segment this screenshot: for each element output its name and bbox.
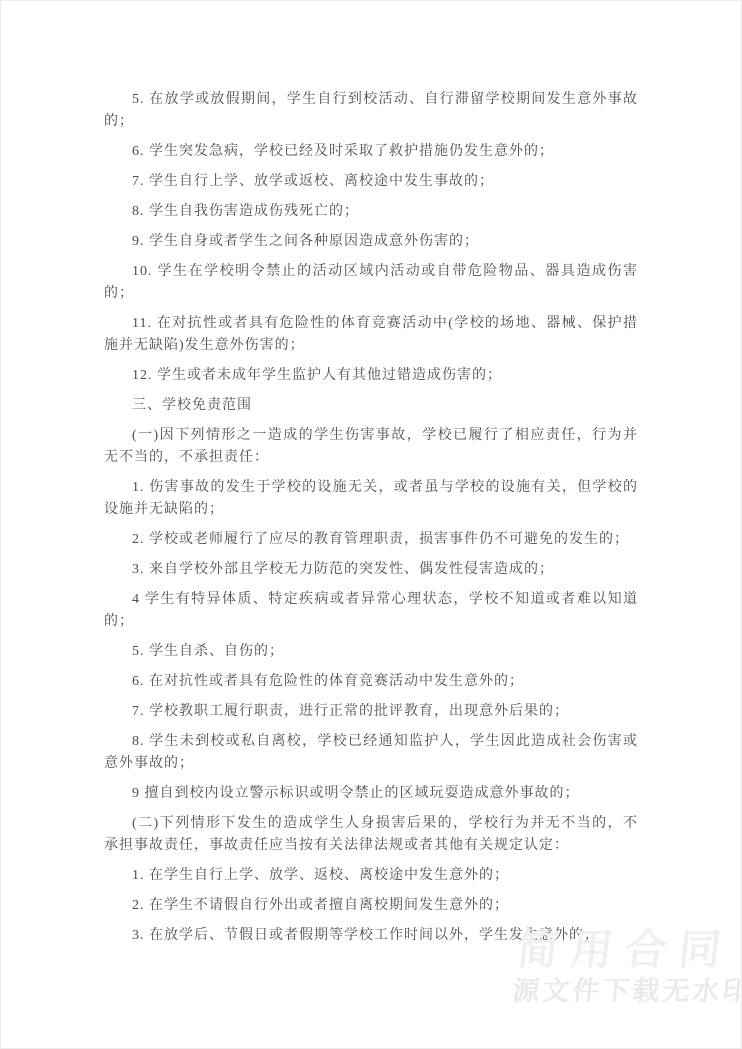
paragraph: 三、学校免责范围 [104, 395, 638, 417]
paragraph: 8. 学生自我伤害造成伤残死亡的； [104, 201, 638, 223]
paragraph: 7. 学生自行上学、放学或返校、离校途中发生事故的； [104, 171, 638, 193]
document-body: 5. 在放学或放假期间，学生自行到校活动、自行滞留学校期间发生意外事故的；6. … [104, 89, 638, 955]
paragraph: 3. 在放学后、节假日或者假期等学校工作时间以外，学生发生意外的； [104, 925, 638, 947]
paragraph: (一)因下列情形之一造成的学生伤害事故，学校已履行了相应责任，行为并无不当的，不… [104, 425, 638, 469]
paragraph: 9 擅自到校内设立警示标识或明令禁止的区域玩耍造成意外事故的； [104, 783, 638, 805]
paragraph: 1. 在学生自行上学、放学、返校、离校途中发生意外的； [104, 865, 638, 887]
paragraph: 9. 学生自身或者学生之间各种原因造成意外伤害的； [104, 231, 638, 253]
paragraph: 6. 学生突发急病，学校已经及时采取了救护措施仍发生意外的； [104, 141, 638, 163]
paragraph: 2. 学校或老师履行了应尽的教育管理职责，损害事件仍不可避免的发生的； [104, 529, 638, 551]
watermark-tagline: 源文件下载无水印 [511, 974, 742, 1008]
paragraph: 7. 学校教职工履行职责，进行正常的批评教育，出现意外后果的； [104, 701, 638, 723]
paragraph: (二)下列情形下发生的造成学生人身损害后果的，学校行为并无不当的，不承担事故责任… [104, 813, 638, 857]
paragraph: 5. 学生自杀、自伤的； [104, 641, 638, 663]
paragraph: 4 学生有特异体质、特定疾病或者异常心理状态，学校不知道或者难以知道的； [104, 589, 638, 633]
paragraph: 2. 在学生不请假自行外出或者擅自离校期间发生意外的； [104, 895, 638, 917]
paragraph: 5. 在放学或放假期间，学生自行到校活动、自行滞留学校期间发生意外事故的； [104, 89, 638, 133]
paragraph: 10. 学生在学校明令禁止的活动区域内活动或自带危险物品、器具造成伤害的； [104, 261, 638, 305]
paragraph: 12. 学生或者未成年学生监护人有其他过错造成伤害的； [104, 365, 638, 387]
paragraph: 8. 学生未到校或私自离校，学校已经通知监护人，学生因此造成社会伤害或意外事故的… [104, 731, 638, 775]
paragraph: 3. 来自学校外部且学校无力防范的突发性、偶发性侵害造成的； [104, 559, 638, 581]
paragraph: 1. 伤害事故的发生于学校的设施无关，或者虽与学校的设施有关，但学校的设施并无缺… [104, 477, 638, 521]
document-page: 5. 在放学或放假期间，学生自行到校活动、自行滞留学校期间发生意外事故的；6. … [0, 0, 742, 1049]
paragraph: 11. 在对抗性或者具有危险性的体育竞赛活动中(学校的场地、器械、保护措施并无缺… [104, 313, 638, 357]
paragraph: 6. 在对抗性或者具有危险性的体育竞赛活动中发生意外的； [104, 671, 638, 693]
